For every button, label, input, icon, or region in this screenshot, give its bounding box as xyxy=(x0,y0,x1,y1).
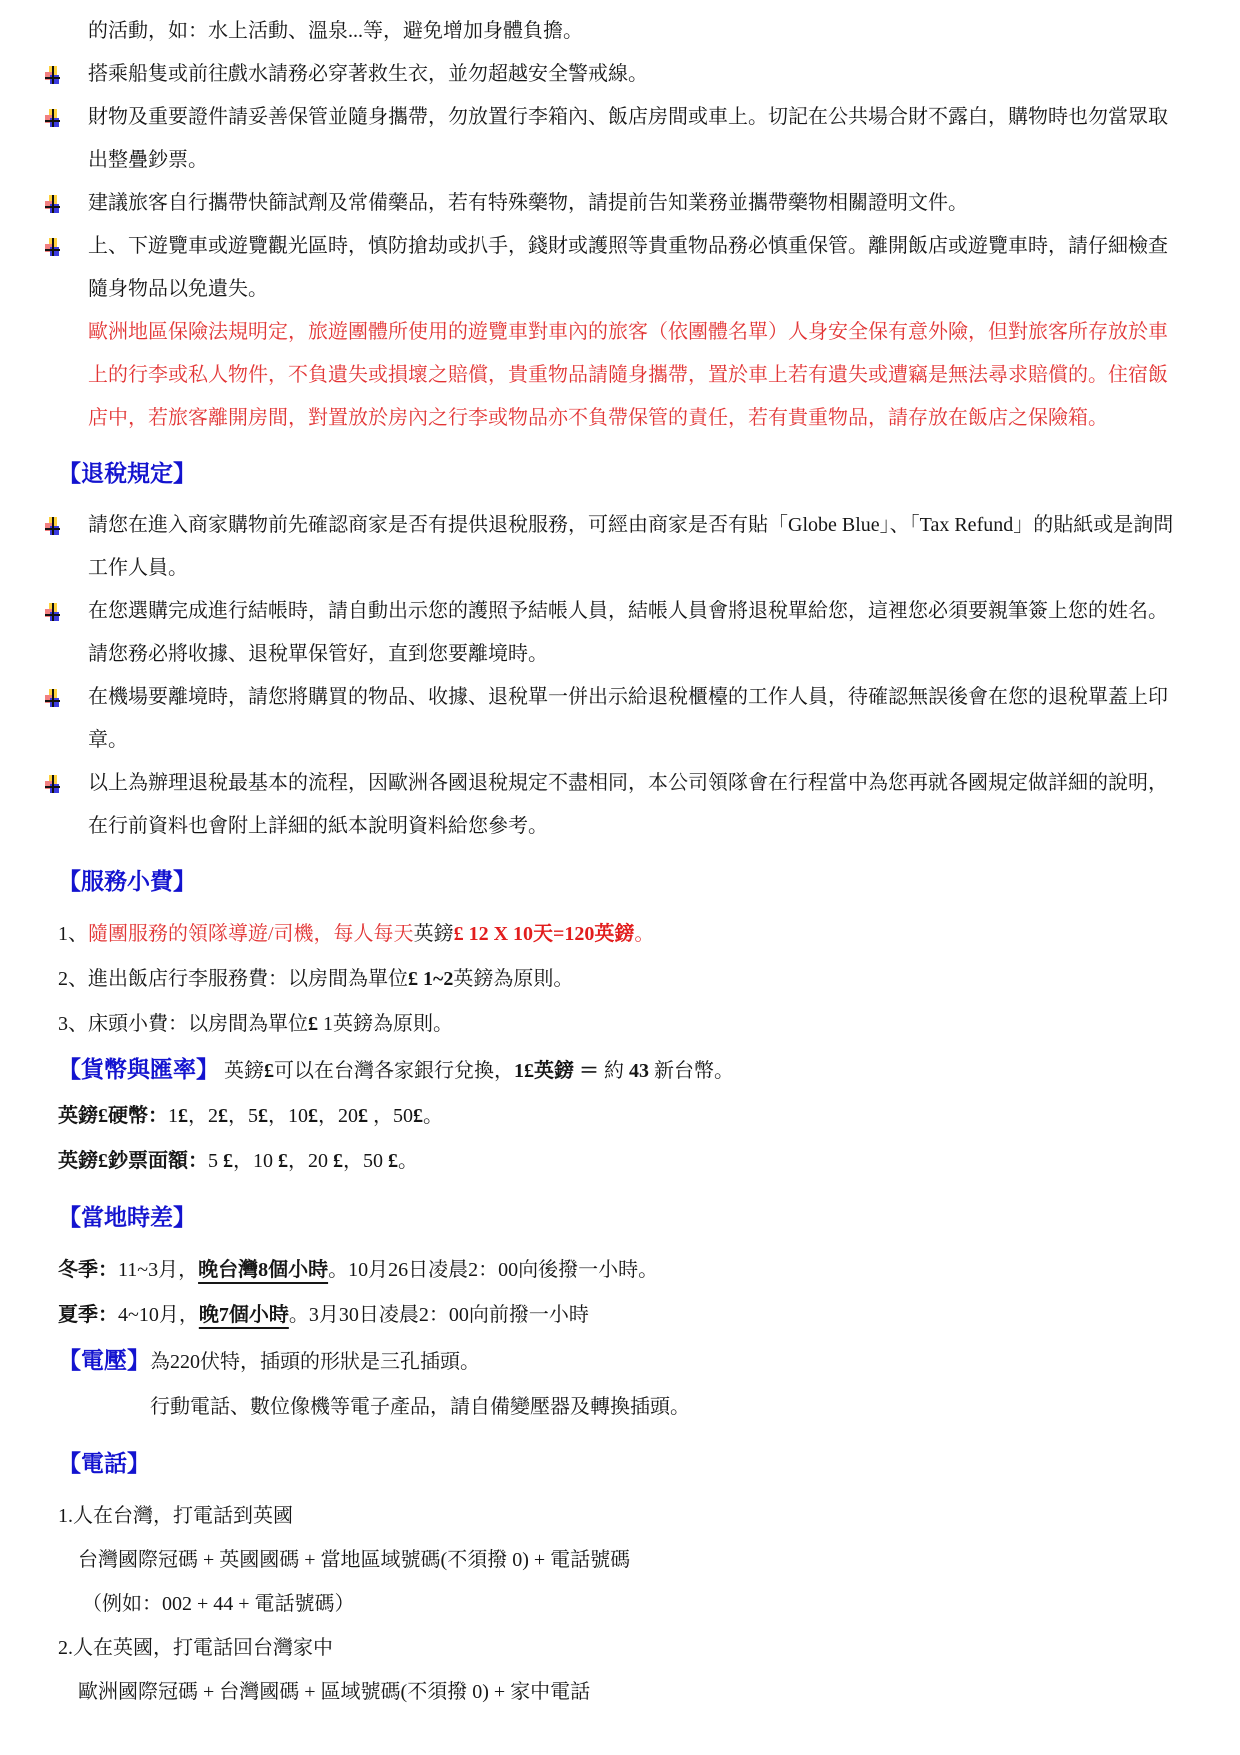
tipping-item-bedside: 3、床頭小費：以房間為單位£ 1英鎊為原則。 xyxy=(58,1002,1185,1047)
bullet-item-tax-checkout: 在您選購完成進行結帳時，請自動出示您的護照予結帳人員，結帳人員會將退稅單給您，這… xyxy=(58,590,1185,676)
phone-example-taiwan-to-uk: （例如：002 + 44 + 電話號碼） xyxy=(58,1582,1185,1626)
phone-formula-taiwan-to-uk: 台灣國際冠碼 + 英國國碼 + 當地區域號碼(不須撥 0) + 電話號碼 xyxy=(58,1538,1185,1582)
arrow-bullet-icon xyxy=(45,109,60,127)
currency-coins-line: 英鎊£硬幣：1£，2£，5£，10£，20£ ，50£。 xyxy=(58,1094,1185,1139)
phone-formula-uk-to-taiwan: 歐洲國際冠碼 + 台灣國碼 + 區域號碼(不須撥 0) + 家中電話 xyxy=(58,1670,1185,1714)
voltage-line: 【電壓】為220伏特，插頭的形狀是三孔插頭。 xyxy=(58,1338,1185,1385)
insurance-warning-paragraph: 歐洲地區保險法規明定，旅遊團體所使用的遊覽車對車內的旅客（依團體名單）人身安全保… xyxy=(58,311,1185,440)
bullet-text: 上、下遊覽車或遊覽觀光區時，慎防搶劫或扒手，錢財或護照等貴重物品務必慎重保管。離… xyxy=(88,225,1185,311)
time-difference-summer: 夏季：4~10月，晚7個小時。3月30日凌晨2：00向前撥一小時 xyxy=(58,1293,1185,1338)
arrow-bullet-icon xyxy=(45,66,60,84)
travel-notes-document: 的活動，如：水上活動、溫泉...等，避免增加身體負擔。 搭乘船隻或前往戲水請務必… xyxy=(0,0,1240,1714)
arrow-bullet-icon xyxy=(45,238,60,256)
bullet-text: 建議旅客自行攜帶快篩試劑及常備藥品，若有特殊藥物，請提前告知業務並攜帶藥物相關證… xyxy=(88,182,1185,225)
section-title-time-difference: 【當地時差】 xyxy=(58,1196,1185,1240)
phone-case-uk-to-taiwan: 2.人在英國，打電話回台灣家中 xyxy=(58,1626,1185,1670)
arrow-bullet-icon xyxy=(45,689,60,707)
section-title-tipping: 【服務小費】 xyxy=(58,860,1185,904)
bullet-item-tax-sticker: 請您在進入商家購物前先確認商家是否有提供退稅服務，可經由商家是否有貼「Globe… xyxy=(58,504,1185,590)
bullet-text: 請您在進入商家購物前先確認商家是否有提供退稅服務，可經由商家是否有貼「Globe… xyxy=(88,504,1185,590)
bullet-item-coach-theft: 上、下遊覽車或遊覽觀光區時，慎防搶劫或扒手，錢財或護照等貴重物品務必慎重保管。離… xyxy=(58,225,1185,311)
voltage-adapter-note: 行動電話、數位像機等電子產品，請自備變壓器及轉換插頭。 xyxy=(58,1385,1185,1430)
bullet-text: 財物及重要證件請妥善保管並隨身攜帶，勿放置行李箱內、飯店房間或車上。切記在公共場… xyxy=(88,96,1185,182)
arrow-bullet-icon xyxy=(45,603,60,621)
arrow-bullet-icon xyxy=(45,517,60,535)
bullet-item-tax-process: 以上為辦理退稅最基本的流程，因歐洲各國退稅規定不盡相同，本公司領隊會在行程當中為… xyxy=(58,762,1185,848)
time-difference-winter: 冬季：11~3月，晚台灣8個小時。10月26日凌晨2：00向後撥一小時。 xyxy=(58,1248,1185,1293)
section-title-phone: 【電話】 xyxy=(58,1442,1185,1486)
section-title-tax-refund: 【退稅規定】 xyxy=(58,452,1185,496)
bullet-text: 在機場要離境時，請您將購買的物品、收據、退稅單一併出示給退稅櫃檯的工作人員，待確… xyxy=(88,676,1185,762)
bullet-item-valuables: 財物及重要證件請妥善保管並隨身攜帶，勿放置行李箱內、飯店房間或車上。切記在公共場… xyxy=(58,96,1185,182)
tipping-item-luggage: 2、進出飯店行李服務費：以房間為單位£ 1~2英鎊為原則。 xyxy=(58,957,1185,1002)
activity-note-continuation: 的活動，如：水上活動、溫泉...等，避免增加身體負擔。 xyxy=(58,10,1185,53)
arrow-bullet-icon xyxy=(45,195,60,213)
bullet-text: 搭乘船隻或前往戲水請務必穿著救生衣，並勿超越安全警戒線。 xyxy=(88,53,1185,96)
bullet-item-medicine: 建議旅客自行攜帶快篩試劑及常備藥品，若有特殊藥物，請提前告知業務並攜帶藥物相關證… xyxy=(58,182,1185,225)
bullet-text: 以上為辦理退稅最基本的流程，因歐洲各國退稅規定不盡相同，本公司領隊會在行程當中為… xyxy=(88,762,1185,848)
tipping-item-guide-driver: 1、隨團服務的領隊導遊/司機，每人每天英鎊£ 12 X 10天=120英鎊。 xyxy=(58,912,1185,957)
arrow-bullet-icon xyxy=(45,775,60,793)
bullet-item-boats: 搭乘船隻或前往戲水請務必穿著救生衣，並勿超越安全警戒線。 xyxy=(58,53,1185,96)
currency-banknotes-line: 英鎊£鈔票面額：5 £，10 £，20 £，50 £。 xyxy=(58,1139,1185,1184)
bullet-text: 在您選購完成進行結帳時，請自動出示您的護照予結帳人員，結帳人員會將退稅單給您，這… xyxy=(88,590,1185,676)
bullet-item-tax-airport: 在機場要離境時，請您將購買的物品、收據、退稅單一併出示給退稅櫃檯的工作人員，待確… xyxy=(58,676,1185,762)
phone-case-taiwan-to-uk: 1.人在台灣，打電話到英國 xyxy=(58,1494,1185,1538)
currency-exchange-line: 【貨幣與匯率】 英鎊£可以在台灣各家銀行兌換，1£英鎊 ＝ 約 43 新台幣。 xyxy=(58,1047,1185,1094)
